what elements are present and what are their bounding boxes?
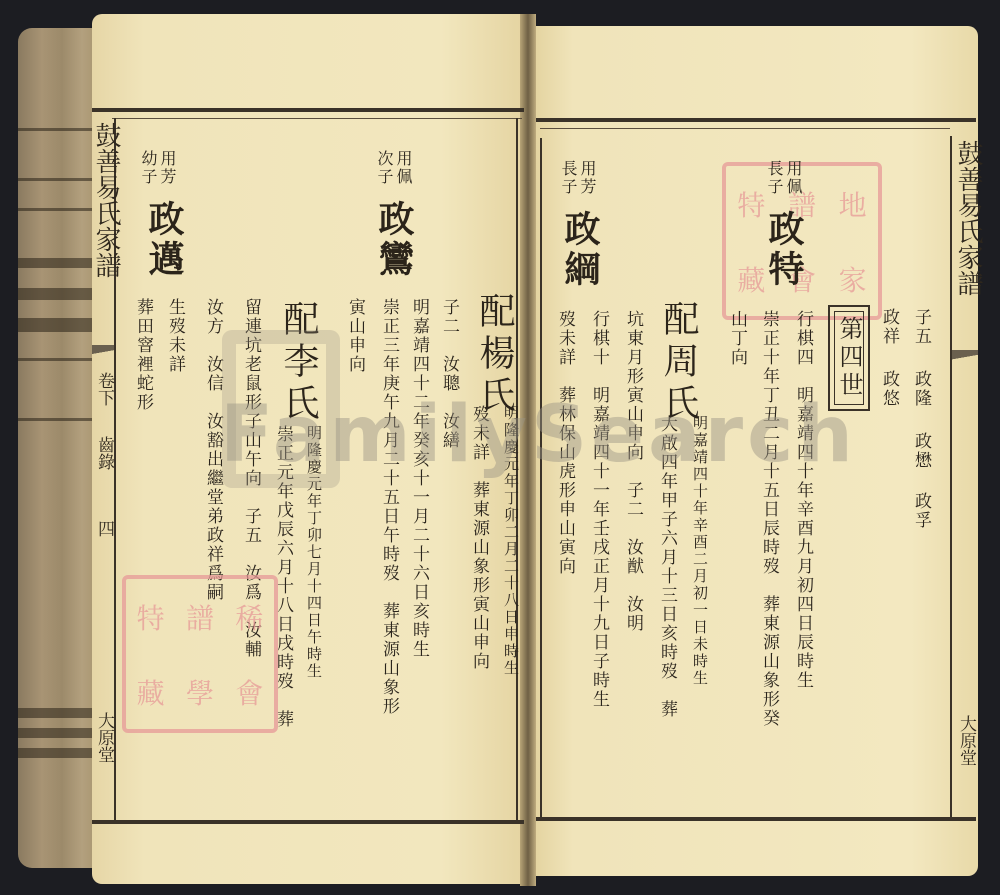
- birth-order: 幼子: [140, 150, 156, 186]
- entry-text-column: 崇正十年丁丑二月十五日辰時歿 葬東源山象形癸: [760, 310, 777, 728]
- courtesy-name: 用芳: [159, 150, 175, 186]
- left-top-inner-border: [112, 118, 522, 119]
- entry-text-column: 山丁向: [728, 310, 745, 367]
- entry-text-column: 崇正三年庚午九月二十五日午時歿 葬東源山象形: [380, 298, 397, 716]
- stack-line: [18, 708, 98, 718]
- stack-line: [18, 418, 98, 421]
- left-top-border: [92, 108, 524, 112]
- courtesy-name: 用佩: [395, 150, 411, 186]
- stack-line: [18, 208, 98, 211]
- fish-tail-mark: [92, 345, 114, 359]
- margin-title: 鼓善易氏家譜: [950, 140, 987, 296]
- page-stack-edge: [18, 28, 98, 868]
- margin-section: 齒錄: [92, 436, 117, 470]
- entry-text-column: 生歿未詳: [166, 298, 183, 374]
- stack-line: [18, 288, 98, 300]
- entry-courtesy-block: 用佩 次子: [376, 150, 411, 186]
- birth-order: 次子: [376, 150, 392, 186]
- birth-order: 長子: [560, 160, 576, 196]
- stack-line: [18, 748, 98, 758]
- child-name: 政祥: [880, 308, 897, 346]
- person-name: 政特: [766, 210, 802, 290]
- fish-tail-mark: [952, 350, 978, 364]
- stack-line: [18, 728, 98, 738]
- courtesy-name: 用芳: [579, 160, 595, 196]
- stack-line: [18, 258, 98, 268]
- person-name: 政綱: [562, 210, 598, 290]
- entry-courtesy-block: 用佩 長子: [766, 160, 801, 196]
- entry-courtesy-block: 用芳 長子: [560, 160, 595, 196]
- entry-text-column: 寅山申向: [346, 298, 363, 374]
- birth-order: 長子: [766, 160, 782, 196]
- entry-text-column: 行棋十 明嘉靖四十一年壬戌正月十九日子時生: [590, 310, 607, 709]
- child-name: 政孚: [912, 492, 929, 530]
- entry-courtesy-block: 用芳 幼子: [140, 150, 175, 186]
- margin-title: 鼓善易氏家譜: [88, 122, 125, 278]
- children-count: 子五: [912, 308, 929, 346]
- person-name: 政邁: [146, 200, 182, 280]
- child-name: 政隆: [912, 370, 929, 408]
- left-bottom-border: [92, 820, 524, 824]
- right-top-inner-border: [540, 128, 950, 129]
- stack-line: [18, 358, 98, 361]
- person-name: 政鸞: [376, 200, 412, 280]
- right-top-border: [536, 118, 976, 122]
- entry-text-column: 葬田窨裡蛇形: [134, 298, 151, 412]
- spouse-children-column: 汝方 汝信 汝豁出繼堂弟政祥爲嗣: [204, 298, 221, 602]
- margin-hall-name: 大原堂: [92, 712, 117, 763]
- stack-line: [18, 128, 98, 131]
- entry-text-column: 行棋四 明嘉靖四十年辛酉九月初四日辰時生: [794, 310, 811, 690]
- margin-page-number: 四: [92, 520, 117, 537]
- child-name: 政懋: [912, 432, 929, 470]
- courtesy-name: 用佩: [785, 160, 801, 196]
- right-bottom-border: [536, 817, 976, 821]
- familysearch-watermark: FamilySearch: [220, 390, 857, 480]
- stack-line: [18, 178, 98, 181]
- stack-line: [18, 318, 98, 332]
- margin-hall-name: 大原堂: [954, 715, 979, 766]
- margin-volume: 卷下: [92, 372, 117, 406]
- child-name: 政悠: [880, 370, 897, 408]
- collection-seal-stamp: 特譜稀 藏學會: [122, 575, 278, 733]
